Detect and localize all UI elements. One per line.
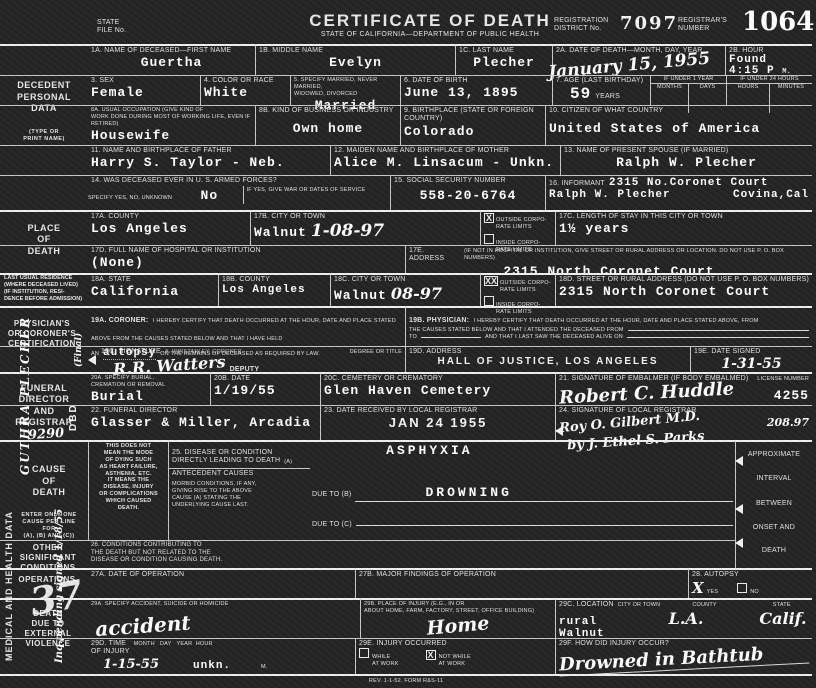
antecedent-sub-label: MORBID CONDITIONS, IF ANY, GIVING RISE T…	[172, 481, 307, 509]
death-certificate-scan: STATE FILE No. CERTIFICATE OF DEATH STAT…	[0, 0, 816, 688]
form-title: CERTIFICATE OF DEATH STATE OF CALIFORNIA…	[290, 10, 570, 39]
burialdate-value: 1/19/55	[214, 383, 317, 398]
field-father: 11. NAME AND BIRTHPLACE OF FATHER Harry …	[0, 145, 330, 175]
field-spouse: 13. NAME OF PRESENT SPOUSE (IF MARRIED) …	[560, 145, 812, 175]
cemetery-label: 20C. CEMETERY OR CREMATORY	[324, 375, 552, 383]
physician-cert-text-2: THE CAUSES STATED BELOW AND THAT I ATTEN…	[409, 327, 624, 334]
sig19-degree-label: DEGREE OR TITLE	[350, 349, 402, 356]
city18-hand-note: 08-97	[391, 284, 442, 303]
addr19-stamp: HALL OF JUSTICE, LOS ANGELES	[409, 356, 687, 367]
field-middle-name: 1B. MIDDLE NAME Evelyn	[255, 44, 455, 75]
city17-label: 17B. CITY OR TOWN	[254, 213, 477, 221]
city18-value: Walnut	[334, 288, 387, 303]
field-corp-limits-17: X OUTSIDE CORPO- RATE LIMITS INSIDE CORP…	[480, 210, 555, 245]
last-name-value: Plecher	[459, 55, 549, 70]
spouse-label: 13. NAME OF PRESENT SPOUSE (IF MARRIED)	[564, 147, 809, 155]
informant-address: 2315 No.Coronet Court	[609, 177, 769, 189]
field-burial-date: 20B. DATE 1/19/55	[210, 372, 320, 405]
address17-sub-label: (IF NOT IN HOSPITAL OR INSTITUTION, GIVE…	[464, 248, 809, 262]
armed-cols: SPECIFY YES, NO, UNKNOWN No IF YES, GIVE…	[88, 186, 390, 204]
field-cause-b: DUE TO (B) DROWNING	[310, 468, 735, 504]
field-date-signed: 19E. DATE SIGNED 1-31-55	[690, 346, 812, 372]
field-coroner-certification: 19A. CORONER: I HEREBY CERTIFY THAT DEAT…	[0, 306, 405, 346]
armed-label: 14. WAS DECEASED EVER IN U. S. ARMED FOR…	[88, 176, 390, 186]
field-state-18a: 18A. STATE California	[0, 273, 218, 306]
due-b-label: DUE TO (B)	[312, 491, 351, 499]
arrow-icon	[735, 456, 743, 466]
time29d-label: 29D. TIME OF INJURY	[91, 640, 130, 657]
inside-limits-checkbox-18	[484, 296, 494, 306]
mother-label: 12. MAIDEN NAME AND BIRTHPLACE OF MOTHER	[334, 147, 557, 155]
autopsy-label: 28. AUTOPSY	[692, 571, 809, 579]
field-how-injury-occurred: 29F. HOW DID INJURY OCCUR? Drowned in Ba…	[555, 638, 812, 674]
interval-word-2: INTERVAL	[739, 475, 809, 483]
physician-label: 19B. PHYSICIAN:	[409, 317, 469, 324]
spouse-value: Ralph W. Plecher	[564, 155, 809, 170]
field-sex: 3. SEX Female	[0, 75, 200, 105]
ssn-value: 558-20-6764	[394, 188, 542, 203]
field-injury-occurred: 29E. INJURY OCCURRED WHILE AT WORK X NOT…	[355, 638, 555, 674]
field-informant: 16. INFORMANT 2315 No.Coronet Court Ralp…	[545, 175, 812, 210]
field-burial-type: 20A. SPECIFY BURIAL, CREMATION OR REMOVA…	[0, 372, 210, 405]
field-county-17a: 17A. COUNTY Los Angeles	[0, 210, 250, 245]
under24-label: IF UNDER 24 HOURS	[727, 76, 812, 83]
datesigned-label: 19E. DATE SIGNED	[694, 348, 809, 356]
mother-value: Alice M. Linsacum - Unkn.	[334, 155, 557, 170]
field-date-of-death: 2A. DATE OF DEATH—MONTH, DAY, YEAR Janua…	[552, 44, 725, 75]
first-name-label: 1A. NAME OF DECEASED—FIRST NAME	[91, 47, 252, 55]
physician-cert-text-1: I HEREBY CERTIFY THAT DEATH OCCURRED AT …	[474, 318, 759, 324]
hospital-value: (None)	[91, 255, 402, 270]
state18-label: 18A. STATE	[91, 276, 215, 284]
field-date-received: 23. DATE RECEIVED BY LOCAL REGISTRAR JAN…	[320, 405, 555, 440]
field-ssn: 15. SOCIAL SECURITY NUMBER 558-20-6764	[390, 175, 545, 210]
arrow-icon	[88, 355, 96, 365]
loc29c-rural: rural	[559, 616, 597, 628]
ssn-label: 15. SOCIAL SECURITY NUMBER	[394, 177, 542, 185]
field-funeral-director: 22. FUNERAL DIRECTOR Glasser & Miller, A…	[0, 405, 320, 440]
birthplace-label: 9. BIRTHPLACE (STATE OR FOREIGN COUNTRY)	[404, 107, 542, 124]
license-number: 4255	[774, 388, 809, 403]
field-cause-c: DUE TO (C)	[310, 504, 735, 540]
field-business: 8B. KIND OF BUSINESS OR INDUSTRY Own hom…	[255, 105, 400, 145]
first-name-value: Guertha	[91, 55, 252, 70]
armed-value: No	[201, 188, 219, 203]
marital-label: 5. SPECIFY MARRIED, NEVER MARRIED, WIDOW…	[294, 77, 397, 98]
field-citizen: 10. CITIZEN OF WHAT COUNTRY United State…	[545, 105, 812, 145]
father-value: Harry S. Taylor - Neb.	[91, 155, 327, 170]
citizen-value: United States of America	[549, 121, 809, 136]
city17-hand-note: 1-08-97	[311, 221, 384, 241]
address17-label: 17E. ADDRESS	[409, 247, 460, 264]
addr19-label: 19D. ADDRESS	[409, 348, 687, 356]
birth-label: 6. DATE OF BIRTH	[404, 77, 549, 85]
cemetery-value: Glen Haven Cemetery	[324, 383, 552, 398]
cause-note: THIS DOES NOT MEAN THE MODE OF DYING SUC…	[88, 440, 168, 540]
birth-value: June 13, 1895	[404, 85, 549, 100]
field-autopsy: 28. AUTOPSY X YES NO	[688, 568, 812, 598]
loc29c-label: 29C. LOCATION	[559, 601, 614, 609]
datesigned-value: 1-31-55	[694, 356, 809, 372]
inside-limits-checkbox-17	[484, 234, 494, 244]
cause-left-spacer	[0, 440, 88, 540]
loc29c-county-label: COUNTY	[692, 602, 716, 609]
sex-value: Female	[91, 85, 197, 100]
due-b-line: DROWNING	[355, 483, 733, 502]
field-physician-certification: 19B. PHYSICIAN: I HEREBY CERTIFY THAT DE…	[405, 306, 812, 346]
interval-word-5: DEATH	[739, 547, 809, 555]
occupation-value: Housewife	[91, 128, 252, 143]
cause-a-value: ASPHYXIA	[386, 443, 472, 458]
subtitle-text: STATE OF CALIFORNIA—DEPARTMENT OF PUBLIC…	[292, 31, 568, 38]
field-occupation: 8A. USUAL OCCUPATION (GIVE KIND OF WORK …	[0, 105, 255, 145]
time29d-m: M.	[261, 664, 268, 671]
hospital-label: 17D. FULL NAME OF HOSPITAL OR INSTITUTIO…	[91, 247, 402, 255]
field-place-of-injury: 29B. PLACE OF INJURY (E.G., IN OR ABOUT …	[360, 598, 555, 638]
interval-column: APPROXIMATE INTERVAL BETWEEN ONSET AND D…	[735, 440, 812, 568]
informant-label: 16. INFORMANT	[549, 180, 605, 188]
registration-district-label: REGISTRATION DISTRICT No.	[552, 16, 610, 35]
field-birthplace: 9. BIRTHPLACE (STATE OR FOREIGN COUNTRY)…	[400, 105, 545, 145]
middle-name-value: Evelyn	[259, 55, 452, 70]
field-race: 4. COLOR OR RACE White	[200, 75, 290, 105]
county17-label: 17A. COUNTY	[91, 213, 247, 221]
autopsy-yes-label: YES	[707, 589, 719, 596]
physician-blank-3	[627, 337, 809, 338]
citizen-label: 10. CITIZEN OF WHAT COUNTRY	[549, 107, 809, 115]
state-file-label: STATE FILE No.	[95, 18, 128, 37]
field-embalmer: 21. SIGNATURE OF EMBALMER (IF BODY EMBAL…	[555, 372, 812, 405]
autopsy-no-label: NO	[750, 589, 759, 596]
field-date-of-birth: 6. DATE OF BIRTH June 13, 1895	[400, 75, 552, 105]
received-stamp: JAN 24 1955	[324, 415, 552, 430]
county18-label: 18B. COUNTY	[222, 276, 327, 284]
autopsy-no-checkbox	[737, 583, 747, 593]
registrar-number-label: REGISTRAR'S NUMBER	[676, 16, 729, 35]
field-coroner-signature: 19C. SIGNATURE A. WINSTANLEY, CORONER DE…	[0, 346, 405, 372]
race-value: White	[204, 85, 287, 100]
registration-district-number: 7097	[618, 12, 680, 35]
field-corp-limits-18: XX OUTSIDE CORPO- RATE LIMITS INSIDE COR…	[480, 273, 555, 306]
field-cemetery: 20C. CEMETERY OR CREMATORY Glen Haven Ce…	[320, 372, 555, 405]
interval-word-4: ONSET AND	[739, 524, 809, 532]
physician-cert-text-3: TO	[409, 334, 417, 341]
time29d-value: 1-15-55	[103, 657, 159, 672]
loc29c-city-value: ruralWalnut	[559, 616, 605, 640]
birthplace-value: Colorado	[404, 124, 542, 139]
title-text: CERTIFICATE OF DEATH	[292, 11, 568, 31]
armed-specify: SPECIFY YES, NO, UNKNOWN No	[88, 186, 243, 204]
informant-name: Ralph W. Plecher	[549, 189, 671, 201]
age-label: 7. AGE (LAST BIRTHDAY)	[556, 77, 647, 85]
field-city-18c: 18C. CITY OR TOWN Walnut 08-97	[330, 273, 480, 306]
director-label: 22. FUNERAL DIRECTOR	[91, 407, 317, 415]
while-at-work-label: WHILE AT WORK	[372, 654, 399, 668]
field-mother: 12. MAIDEN NAME AND BIRTHPLACE OF MOTHER…	[330, 145, 560, 175]
cond26-label: 26. CONDITIONS CONTRIBUTING TO THE DEATH…	[91, 542, 732, 565]
business-value: Own home	[259, 121, 397, 136]
county18-value: Los Angeles	[222, 284, 327, 296]
sig19-label: 19C. SIGNATURE	[101, 348, 161, 356]
interval-word-3: BETWEEN	[739, 500, 809, 508]
outside-limits-checkbox-18: XX	[484, 276, 498, 286]
due-c-label: DUE TO (C)	[312, 521, 352, 529]
sex-label: 3. SEX	[91, 77, 197, 85]
field-local-registrar-signature: 24. SIGNATURE OF LOCAL REGISTRAR Roy O. …	[555, 405, 812, 440]
cause-b-value: DROWNING	[425, 485, 511, 500]
armed-specify-label: SPECIFY YES, NO, UNKNOWN	[88, 195, 172, 201]
outside-limits-label-18: OUTSIDE CORPO- RATE LIMITS	[500, 280, 551, 294]
footer-form-number: REV. 1-1-52. FORM R&S-11	[2, 678, 810, 685]
last-name-label: 1C. LAST NAME	[459, 47, 549, 55]
field-time-of-injury: 29D. TIME OF INJURY MONTH DAY YEAR HOUR …	[0, 638, 355, 674]
license-label: LICENSE NUMBER	[757, 376, 809, 383]
field-county-18b: 18B. COUNTY Los Angeles	[218, 273, 330, 306]
field-hospital-17d: 17D. FULL NAME OF HOSPITAL OR INSTITUTIO…	[0, 245, 405, 273]
under1-label: IF UNDER 1 YEAR	[651, 76, 726, 83]
occupation-label: 8A. USUAL OCCUPATION (GIVE KIND OF WORK …	[91, 107, 252, 128]
time29d-cols: MONTH DAY YEAR HOUR	[134, 641, 213, 648]
field-street-address-18d: 18D. STREET OR RURAL ADDRESS (DO NOT USE…	[555, 273, 812, 306]
not-while-at-work-label: NOT WHILE AT WORK	[439, 654, 471, 668]
race-label: 4. COLOR OR RACE	[204, 77, 287, 85]
age-value: 59	[570, 85, 591, 103]
field-armed-forces: 14. WAS DECEASED EVER IN U. S. ARMED FOR…	[0, 175, 390, 210]
due-c-line	[356, 525, 733, 526]
stay17-value: 1½ years	[559, 221, 809, 236]
arrow-icon	[735, 538, 743, 548]
field-length-of-stay-17c: 17C. LENGTH OF STAY IN THIS CITY OR TOWN…	[555, 210, 812, 245]
field-if-under-1-year: IF UNDER 1 YEAR MONTHS DAYS	[650, 75, 726, 105]
field-city-17b: 17B. CITY OR TOWN Walnut 1-08-97	[250, 210, 480, 245]
burialdate-label: 20B. DATE	[214, 375, 317, 383]
field-if-under-24-hours: IF UNDER 24 HOURS HOURS MINUTES	[726, 75, 812, 105]
physician-blank-1	[628, 330, 809, 331]
field-accident-type: 29A. SPECIFY ACCIDENT, SUICIDE OR HOMICI…	[0, 598, 360, 638]
cause-note-text: THIS DOES NOT MEAN THE MODE OF DYING SUC…	[92, 443, 165, 512]
business-label: 8B. KIND OF BUSINESS OR INDUSTRY	[259, 107, 397, 115]
father-label: 11. NAME AND BIRTHPLACE OF FATHER	[91, 147, 327, 155]
op27a-label: 27A. DATE OF OPERATION	[91, 571, 352, 579]
outside-limits-checkbox-17: X	[484, 213, 494, 223]
director-value: Glasser & Miller, Arcadia	[91, 415, 317, 430]
while-at-work-checkbox	[359, 648, 369, 658]
cause25-a-tag: (A)	[284, 459, 292, 466]
loc29c-state-label: STATE	[773, 602, 791, 609]
field-last-name: 1C. LAST NAME Plecher	[455, 44, 552, 75]
coroner-label: 19A. CORONER:	[91, 317, 148, 324]
field-injury-location: 29C. LOCATION CITY OR TOWN COUNTY STATE …	[555, 598, 812, 638]
not-while-at-work-checkbox: X	[426, 650, 436, 660]
outside-limits-label-17: OUTSIDE CORPO- RATE LIMITS	[496, 217, 547, 231]
loc29c-city-label: CITY OR TOWN	[618, 602, 661, 609]
footer-rule: REV. 1-1-52. FORM R&S-11	[0, 674, 812, 686]
cause25-label: 25. DISEASE OR CONDITION DIRECTLY LEADIN…	[172, 449, 280, 466]
antecedent-causes: ANTECEDENT CAUSES MORBID CONDITIONS, IF …	[168, 468, 310, 540]
informant-city: Covina,Cal	[733, 189, 809, 201]
field-date-of-operation: 27A. DATE OF OPERATION	[0, 568, 355, 598]
inj29e-label: 29E. INJURY OCCURRED	[359, 640, 552, 648]
field-first-name: 1A. NAME OF DECEASED—FIRST NAME Guertha	[0, 44, 255, 75]
registrar-number-value: 1064	[740, 6, 816, 38]
received-label: 23. DATE RECEIVED BY LOCAL REGISTRAR	[324, 407, 552, 415]
arrow-icon	[735, 504, 743, 514]
field-address-17e: 17E. ADDRESS (IF NOT IN HOSPITAL OR INST…	[405, 245, 812, 273]
stay17-label: 17C. LENGTH OF STAY IN THIS CITY OR TOWN	[559, 213, 809, 221]
field-contributing-conditions: 26. CONDITIONS CONTRIBUTING TO THE DEATH…	[0, 540, 735, 568]
physician-blank-2	[421, 337, 481, 338]
field-cause-a: 25. DISEASE OR CONDITION DIRECTLY LEADIN…	[168, 440, 735, 468]
field-operation-findings: 27B. MAJOR FINDINGS OF OPERATION	[355, 568, 688, 598]
field-marital-status: 5. SPECIFY MARRIED, NEVER MARRIED, WIDOW…	[290, 75, 400, 105]
loc29c-county-value: L.A.	[669, 609, 704, 628]
physician-cert-text-4: AND THAT I LAST SAW THE DECEASED ALIVE O…	[485, 334, 623, 341]
field-age: 7. AGE (LAST BIRTHDAY) 59 YEARS	[552, 75, 650, 105]
age-unit: YEARS	[595, 93, 620, 101]
field-coroner-address: 19D. ADDRESS HALL OF JUSTICE, LOS ANGELE…	[405, 346, 690, 372]
loc29c-state-value: Calif.	[759, 609, 806, 628]
burial-value: Burial	[91, 389, 207, 404]
address18-label: 18D. STREET OR RURAL ADDRESS (DO NOT USE…	[559, 276, 809, 284]
city18-label: 18C. CITY OR TOWN	[334, 276, 477, 284]
field-hour-of-death: 2B. HOUR Found 4:15 P M.	[725, 44, 812, 75]
autopsy-yes-mark: X	[692, 579, 704, 597]
time29d-year: unkn.	[193, 660, 231, 672]
city17-value: Walnut	[254, 225, 307, 240]
interval-word-1: APPROXIMATE	[739, 451, 809, 459]
county17-value: Los Angeles	[91, 221, 247, 236]
armed-ifyes-label: IF YES, GIVE WAR OR DATES OF SERVICE	[243, 186, 390, 204]
burial-label: 20A. SPECIFY BURIAL, CREMATION OR REMOVA…	[91, 375, 207, 389]
address18-value: 2315 North Coronet Court	[559, 284, 809, 299]
middle-name-label: 1B. MIDDLE NAME	[259, 47, 452, 55]
antecedent-label: ANTECEDENT CAUSES	[172, 470, 307, 478]
state18-value: California	[91, 284, 215, 299]
op27b-label: 27B. MAJOR FINDINGS OF OPERATION	[359, 571, 685, 579]
